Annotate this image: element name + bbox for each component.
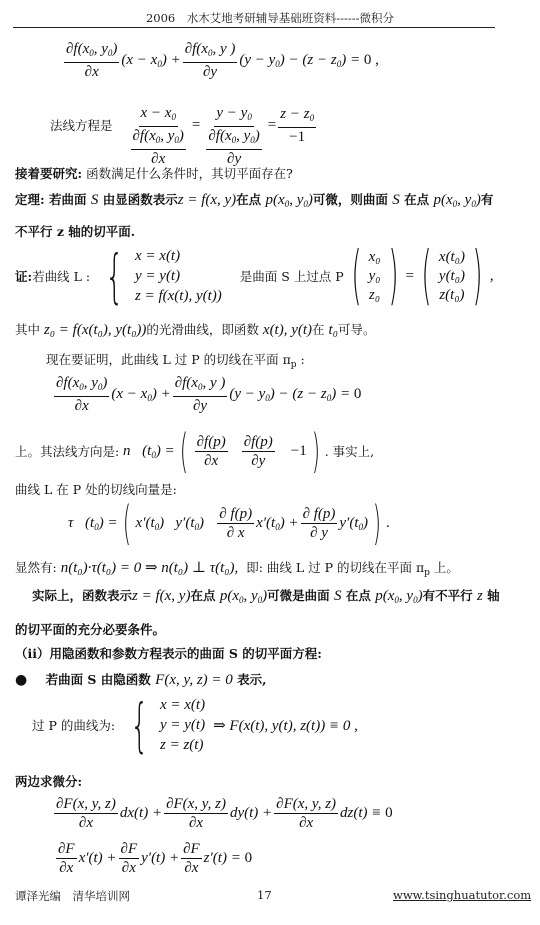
differentiate-label: 两边求微分:	[15, 772, 82, 790]
bullet-item-implicit: ● 若曲面 S 由隐函数 F(x, y, z) = 0 表示,	[15, 670, 267, 689]
equation-derivative: ∂F∂x x′(t) + ∂F∂x y′(t) + ∂F∂x z′(t) = 0	[54, 840, 252, 877]
theorem-line-2: 不平行 z 轴的切平面.	[15, 222, 135, 240]
equation-differential: ∂F(x, y, z)∂x dx(t) + ∂F(x, y, z)∂x dy(t…	[52, 795, 393, 832]
point-vector: x₀ y₀ z₀	[369, 248, 381, 305]
normal-line-equation: 法线方程是 x − x0 ∂f(x0, y0)∂x = y − y0 ∂f(x0…	[50, 104, 318, 168]
page-header: 2006 水木艾地考研辅导基础班资料------微积分	[0, 10, 540, 26]
curve-block: 过 P 的曲线为: { x = x(t) y = y(t) z = z(t) ⇒…	[32, 695, 358, 755]
normal-direction-line: 上。其法线方向是: n⃗(t0) = ( ∂f(p)∂x ∂f(p)∂y −1 …	[15, 428, 374, 474]
curve-system: x = x(t) y = y(t) z = z(t)	[160, 695, 205, 755]
footer-author: 谭泽光编 清华培训网	[15, 888, 130, 904]
bullet-icon: ●	[15, 672, 27, 688]
obviously-line: 显然有: n(t₀)·τ(t₀) = 0 ⇒ n(t₀) ⊥ τ(t₀), 即:…	[15, 558, 459, 578]
proof-system: x = x(t) y = y(t) z = f(x(t), y(t))	[135, 246, 222, 306]
proof-line-2: 其中 z₀ = f(x(t₀), y(t₀))的光滑曲线，即函数 x(t), y…	[15, 320, 375, 339]
next-study-line: 接着要研究: 函数满足什么条件时，其切平面存在?	[15, 164, 293, 182]
footer-website-link[interactable]: www.tsinghuatutor.com	[393, 888, 531, 902]
theorem-line-1: 定理: 若曲面 S 由显函数表示z = f(x, y)在点 p(x0, y0)可…	[15, 190, 493, 209]
section-ii-heading: （ii）用隐函数和参数方程表示的曲面 S 的切平面方程:	[15, 644, 322, 662]
equation-tangent-plane-2: ∂f(x0, y0)∂x (x − x0) + ∂f(x0, y )∂y (y …	[52, 374, 361, 415]
tangent-vector-label: 曲线 L 在 P 处的切线向量是:	[15, 480, 177, 498]
proof-block: 证: 若曲线 L : { x = x(t) y = y(t) z = f(x(t…	[15, 244, 494, 308]
header-rule	[13, 27, 495, 28]
actually-line-1: 实际上，函数表示z = f(x, y)在点 p(x0, y0)可微是曲面 S 在…	[32, 586, 500, 605]
equation-tangent-plane-1: ∂f(x0, y0)∂x (x − x0) + ∂f(x0, y )∂y (y …	[62, 40, 379, 81]
left-brace-icon: {	[130, 696, 148, 754]
tangent-vector-equation: τ⃗(t0) = ( x′(t0) y′(t0) ∂ f(p)∂ x x′(t0…	[68, 500, 390, 546]
left-brace-icon: {	[105, 247, 123, 305]
actually-line-2: 的切平面的充分必要条件。	[15, 620, 165, 638]
footer-page-number: 17	[257, 888, 272, 902]
prove-now-line: 现在要证明，此曲线 L 过 P 的切线在平面 πp :	[46, 350, 305, 370]
normal-line-label: 法线方程是	[50, 116, 113, 134]
point-vector-param: x(t₀) y(t₀) z(t₀)	[439, 248, 465, 305]
